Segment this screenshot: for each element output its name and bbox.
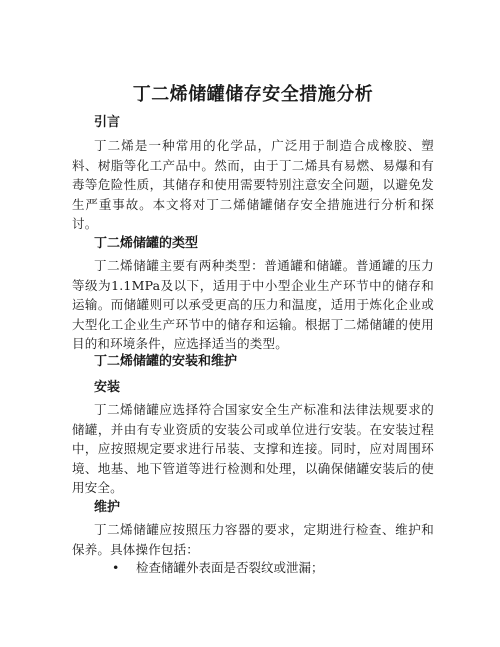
- paragraph-tank-types: 丁二烯储罐主要有两种类型：普通罐和储罐。普通罐的压力等级为1.1MPa及以下，适…: [72, 256, 434, 354]
- bullet-text: 检查储罐外表面是否裂纹或泄漏；: [136, 560, 324, 575]
- subsection-heading-installation: 安装: [94, 376, 120, 395]
- paragraph-maintenance: 丁二烯储罐应按照压力容器的要求，定期进行检查、维护和保养。具体操作包括：: [72, 520, 434, 559]
- section-heading-tank-types: 丁二烯储罐的类型: [94, 232, 198, 251]
- bullet-icon: •: [112, 558, 136, 578]
- paragraph-installation: 丁二烯储罐应选择符合国家安全生产标准和法律法规要求的储罐，并由有专业资质的安装公…: [72, 400, 434, 498]
- section-heading-introduction: 引言: [94, 111, 120, 130]
- document-title: 丁二烯储罐储存安全措施分析: [72, 80, 434, 106]
- subsection-heading-maintenance: 维护: [94, 496, 120, 515]
- bullet-list-item: •检查储罐外表面是否裂纹或泄漏；: [112, 558, 324, 578]
- section-heading-installation-maintenance: 丁二烯储罐的安装和维护: [94, 350, 237, 369]
- paragraph-introduction: 丁二烯是一种常用的化学品，广泛用于制造合成橡胶、塑料、树脂等化工产品中。然而，由…: [72, 136, 434, 234]
